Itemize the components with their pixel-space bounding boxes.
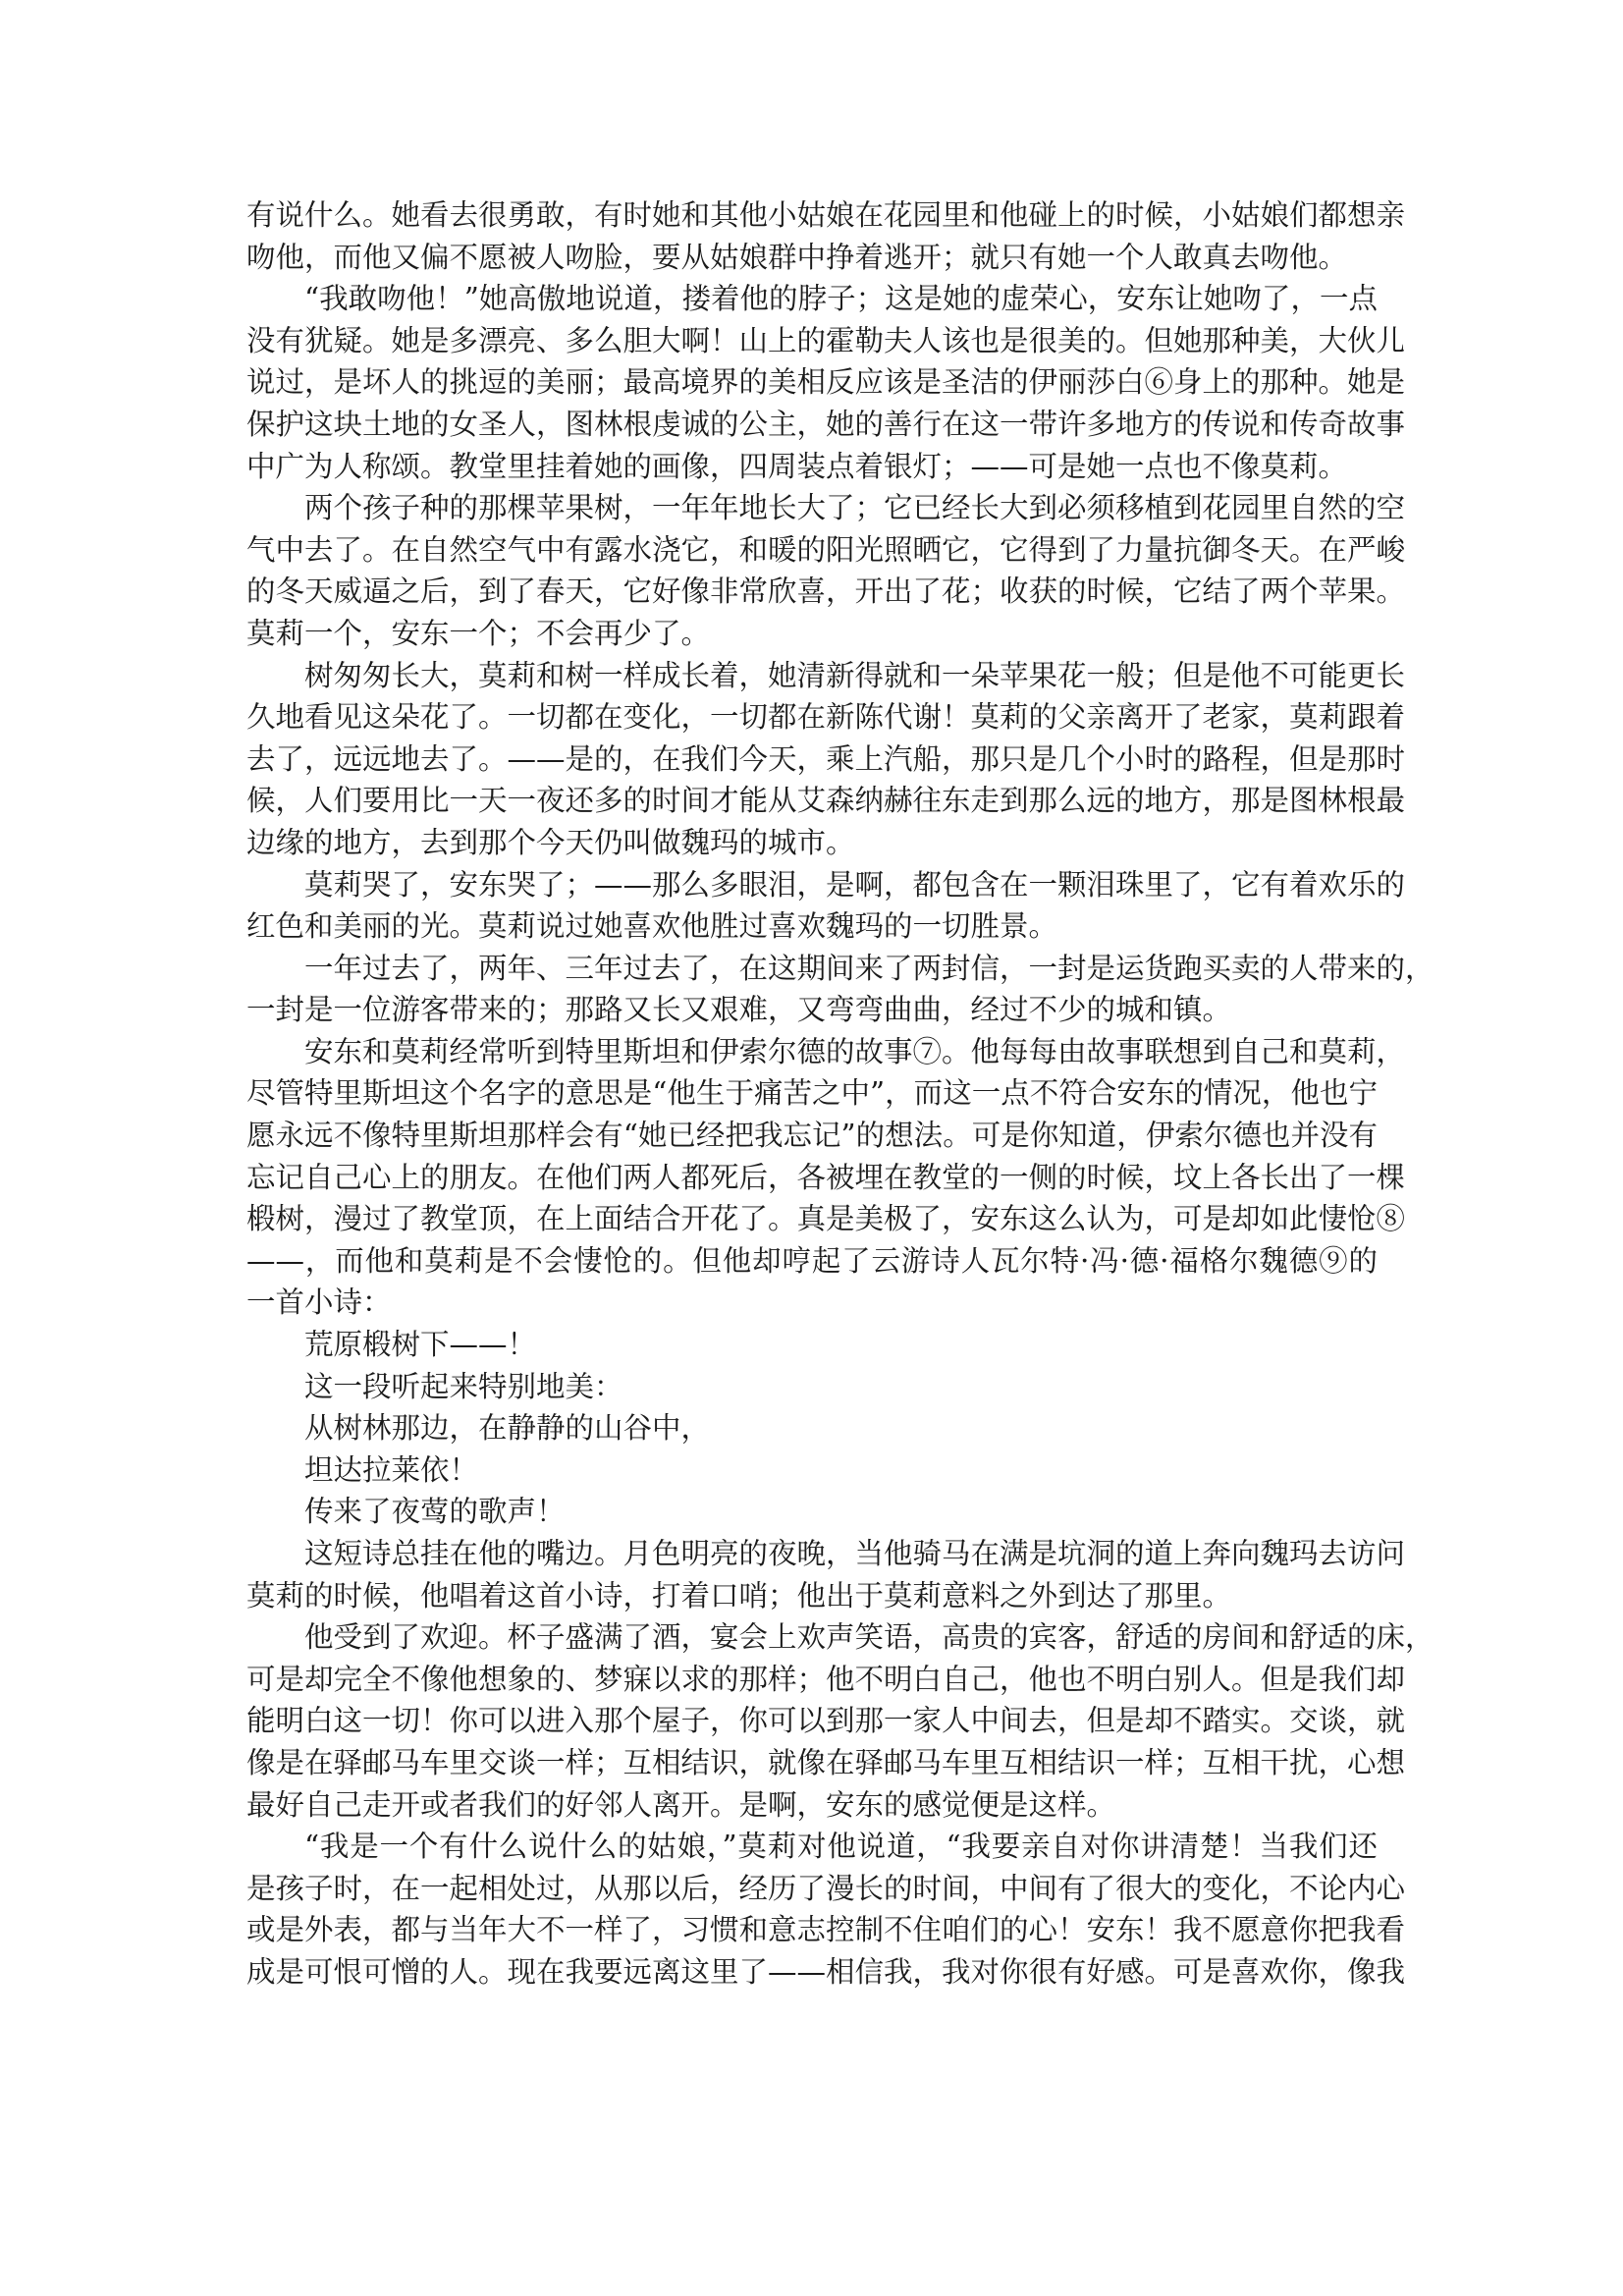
paragraph-first-line: 安东和莫莉经常听到特里斯坦和伊索尔德的故事⑦。他每每由故事联想到自己和莫莉， [246, 1031, 1378, 1073]
paragraph-first-line: 两个孩子种的那棵苹果树，一年年地长大了；它已经长大到必须移植到花园里自然的空 [246, 487, 1378, 529]
text-line: 像是在驿邮马车里交谈一样；互相结识，就像在驿邮马车里互相结识一样；互相干扰，心想 [246, 1742, 1378, 1784]
text-line: 说过，是坏人的挑逗的美丽；最高境界的美相反应该是圣洁的伊丽莎白⑥身上的那种。她是 [246, 361, 1378, 404]
text-line: 红色和美丽的光。莫莉说过她喜欢他胜过喜欢魏玛的一切胜景。 [246, 905, 1378, 948]
text-line: 愿永远不像特里斯坦那样会有“她已经把我忘记”的想法。可是你知道，伊索尔德也并没有 [246, 1115, 1378, 1157]
text-line: 可是却完全不像他想象的、梦寐以求的那样；他不明白自己，他也不明白别人。但是我们却 [246, 1659, 1378, 1701]
text-line: 边缘的地方，去到那个今天仍叫做魏玛的城市。 [246, 822, 1378, 864]
text-line: 忘记自己心上的朋友。在他们两人都死后，各被埋在教堂的一侧的时候，坟上各长出了一棵 [246, 1157, 1378, 1199]
paragraph-first-line: 莫莉哭了，安东哭了；——那么多眼泪，是啊，都包含在一颗泪珠里了，它有着欢乐的 [246, 864, 1378, 906]
text-line: 吻他，而他又偏不愿被人吻脸，要从姑娘群中挣着逃开；就只有她一个人敢真去吻他。 [246, 237, 1378, 279]
paragraph-first-line: “我敢吻他！”她高傲地说道，搂着他的脖子；这是她的虚荣心，安东让她吻了，一点 [246, 278, 1378, 320]
paragraph-first-line: 坦达拉莱依！ [246, 1449, 1378, 1492]
text-line: 气中去了。在自然空气中有露水浇它，和暖的阳光照晒它，它得到了力量抗御冬天。在严峻 [246, 529, 1378, 572]
text-line: ——，而他和莫莉是不会悽怆的。但他却哼起了云游诗人瓦尔特·冯·德·福格尔魏德⑨的 [246, 1240, 1378, 1283]
text-line: 候，人们要用比一天一夜还多的时间才能从艾森纳赫往东走到那么远的地方，那是图林根最 [246, 780, 1378, 822]
text-line: 椴树，漫过了教堂顶，在上面结合开花了。真是美极了，安东这么认为，可是却如此悽怆⑧ [246, 1198, 1378, 1240]
paragraph-first-line: 一年过去了，两年、三年过去了，在这期间来了两封信，一封是运货跑买卖的人带来的， [246, 948, 1378, 990]
text-line: 一首小诗： [246, 1282, 1378, 1324]
text-line: 莫莉一个，安东一个；不会再少了。 [246, 613, 1378, 655]
paragraph-first-line: 他受到了欢迎。杯子盛满了酒，宴会上欢声笑语，高贵的宾客，舒适的房间和舒适的床， [246, 1616, 1378, 1659]
text-line: 没有犹疑。她是多漂亮、多么胆大啊！山上的霍勒夫人该也是很美的。但她那种美，大伙儿 [246, 320, 1378, 362]
text-line: 是孩子时，在一起相处过，从那以后，经历了漫长的时间，中间有了很大的变化，不论内心 [246, 1868, 1378, 1910]
document-page: 有说什么。她看去很勇敢，有时她和其他小姑娘在花园里和他碰上的时候，小姑娘们都想亲… [0, 0, 1623, 2296]
text-line: 保护这块土地的女圣人，图林根虔诚的公主，她的善行在这一带许多地方的传说和传奇故事 [246, 404, 1378, 446]
paragraph-first-line: “我是一个有什么说什么的姑娘，”莫莉对他说道，“我要亲自对你讲清楚！当我们还 [246, 1826, 1378, 1868]
body-text: 有说什么。她看去很勇敢，有时她和其他小姑娘在花园里和他碰上的时候，小姑娘们都想亲… [246, 194, 1378, 1994]
paragraph-first-line: 这短诗总挂在他的嘴边。月色明亮的夜晚，当他骑马在满是坑洞的道上奔向魏玛去访问 [246, 1533, 1378, 1575]
text-line: 尽管特里斯坦这个名字的意思是“他生于痛苦之中”，而这一点不符合安东的情况，他也宁 [246, 1072, 1378, 1115]
text-line: 有说什么。她看去很勇敢，有时她和其他小姑娘在花园里和他碰上的时候，小姑娘们都想亲 [246, 194, 1378, 237]
text-line: 成是可恨可憎的人。现在我要远离这里了——相信我，我对你很有好感。可是喜欢你，像我 [246, 1951, 1378, 1994]
paragraph-first-line: 从树林那边，在静静的山谷中， [246, 1407, 1378, 1449]
paragraph-first-line: 荒原椴树下——！ [246, 1324, 1378, 1366]
text-line: 一封是一位游客带来的；那路又长又艰难，又弯弯曲曲，经过不少的城和镇。 [246, 989, 1378, 1031]
paragraph-first-line: 传来了夜莺的歌声！ [246, 1491, 1378, 1533]
text-line: 去了，远远地去了。——是的，在我们今天，乘上汽船，那只是几个小时的路程，但是那时 [246, 738, 1378, 781]
text-line: 的冬天威逼之后，到了春天，它好像非常欣喜，开出了花；收获的时候，它结了两个苹果。 [246, 571, 1378, 613]
text-line: 最好自己走开或者我们的好邻人离开。是啊，安东的感觉便是这样。 [246, 1784, 1378, 1827]
paragraph-first-line: 树匆匆长大，莫莉和树一样成长着，她清新得就和一朵苹果花一般；但是他不可能更长 [246, 655, 1378, 697]
text-line: 久地看见这朵花了。一切都在变化，一切都在新陈代谢！莫莉的父亲离开了老家，莫莉跟着 [246, 696, 1378, 738]
text-line: 莫莉的时候，他唱着这首小诗，打着口哨；他出于莫莉意料之外到达了那里。 [246, 1575, 1378, 1617]
text-line: 或是外表，都与当年大不一样了，习惯和意志控制不住咱们的心！安东！我不愿意你把我看 [246, 1909, 1378, 1951]
text-line: 能明白这一切！你可以进入那个屋子，你可以到那一家人中间去，但是却不踏实。交谈，就 [246, 1700, 1378, 1742]
paragraph-first-line: 这一段听起来特别地美： [246, 1366, 1378, 1408]
text-line: 中广为人称颂。教堂里挂着她的画像，四周装点着银灯；——可是她一点也不像莫莉。 [246, 446, 1378, 488]
